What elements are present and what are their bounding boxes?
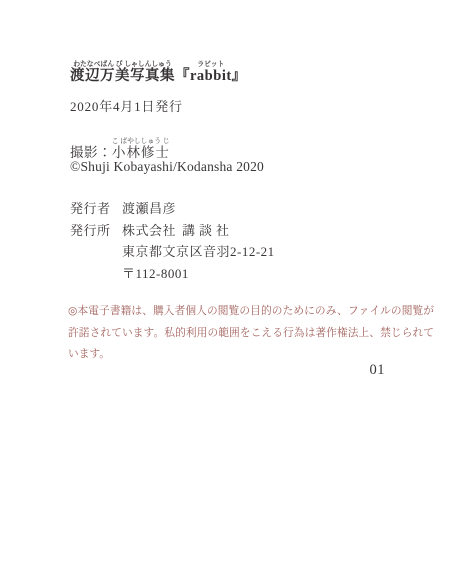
publisher-company: 株式会社講談社 [122,220,233,242]
copyright-line: ©Shuji Kobayashi/Kodansha 2020 [70,159,264,175]
photographer-name-with-ruby: 小林修士こ ばやししゅう じ [112,145,170,160]
issuer-row: 発行者 渡瀬昌彦 [70,198,275,220]
publisher-row: 発行所 株式会社講談社 [70,220,275,242]
book-title: 渡辺万美写真集わたなべばん び しゃしんしゅう『rabbitラビット』 [70,61,247,84]
publisher-address: 東京都文京区音羽2-12-21 [122,241,275,263]
page-number: 01 [370,362,386,379]
title-kanji-with-ruby: 渡辺万美写真集わたなべばん び しゃしんしゅう [70,68,175,84]
publication-date: 2020年4月1日発行 [70,99,183,115]
title-kanji-furigana: わたなべばん び しゃしんしゅう [70,61,175,68]
issuer-name: 渡瀬昌彦 [122,198,176,220]
publisher-label: 発行所 [70,220,111,242]
title-bracket-close: 』 [232,68,247,84]
address-row: 東京都文京区音羽2-12-21 [70,241,275,263]
colophon-page: 渡辺万美写真集わたなべばん び しゃしんしゅう『rabbitラビット』 2020… [0,0,460,585]
ebook-license-notice: ◎本電子書籍は、購入者個人の閲覧の目的のためにのみ、ファイルの閲覧が許諾されてい… [68,301,434,366]
title-subtitle-with-ruby: rabbitラビット [190,68,232,84]
photographer-name: 小林修士 [112,145,170,160]
brand-name: 講談社 [182,223,233,238]
title-kanji: 渡辺万美写真集 [70,68,175,84]
photographer-line: 撮影：小林修士こ ばやししゅう じ [70,138,170,160]
issuer-label: 発行者 [70,198,111,220]
title-bracket-open: 『 [175,68,190,84]
photographer-label: 撮影： [70,145,112,160]
postal-row: 〒112-8001 [70,263,275,285]
publisher-block: 発行者 渡瀬昌彦 発行所 株式会社講談社 東京都文京区音羽2-12-21 〒11… [70,198,275,285]
title-subtitle-furigana: ラビット [190,61,232,68]
photographer-furigana: こ ばやししゅう じ [112,138,170,145]
title-subtitle: rabbit [190,68,232,84]
publisher-postal-code: 〒112-8001 [122,263,189,285]
company-name: 株式会社 [122,223,176,238]
